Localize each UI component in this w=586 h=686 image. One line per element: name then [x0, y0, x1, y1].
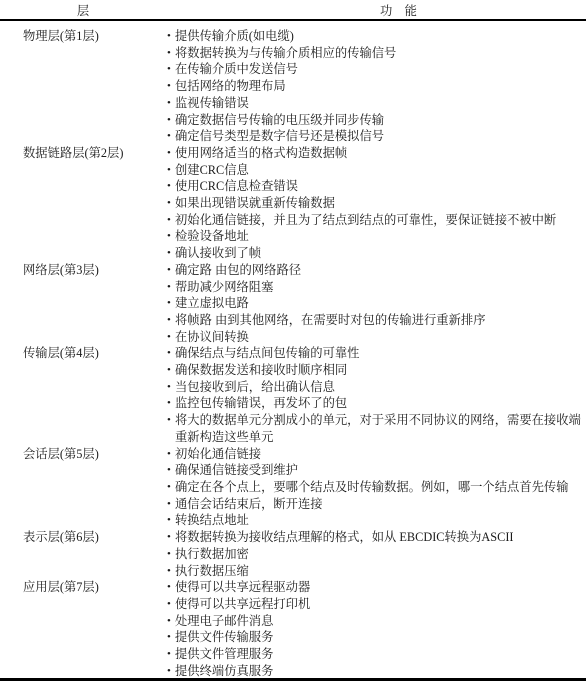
- function-text: 确定数据信号传输的电压级并同步传输: [175, 112, 586, 129]
- bullet-icon: •: [167, 462, 175, 479]
- function-text: 初始化通信链接，并且为了结点到结点的可靠性，要保证链接不被中断: [175, 212, 586, 229]
- layer-label: 网络层(第3层): [0, 262, 167, 279]
- function-text: 提供传输介质(如电缆): [175, 28, 586, 45]
- function-list: •确定路 由包的网络路径•帮助减少网络阻塞•建立虚拟电路•将帧路 由到其他网络，…: [167, 262, 586, 346]
- function-text: 使用网络适当的格式构造数据帧: [175, 145, 586, 162]
- function-item: •将大的数据单元分割成小的单元，对于采用不同协议的网络，需要在接收端重新构造这些…: [167, 412, 586, 445]
- bullet-icon: •: [167, 95, 175, 112]
- function-text: 提供文件传输服务: [175, 629, 586, 646]
- function-item: •提供文件传输服务: [167, 629, 586, 646]
- header-function-column: 功 能: [167, 1, 586, 19]
- function-item: •建立虚拟电路: [167, 295, 586, 312]
- function-list: •提供传输介质(如电缆)•将数据转换为与传输介质相应的传输信号•在传输介质中发送…: [167, 28, 586, 145]
- table-row: 网络层(第3层) •确定路 由包的网络路径•帮助减少网络阻塞•建立虚拟电路•将帧…: [0, 262, 586, 346]
- function-text: 通信会话结束后，断开连接: [175, 496, 586, 513]
- bullet-icon: •: [167, 279, 175, 296]
- function-text: 确定信号类型是数字信号还是模拟信号: [175, 128, 586, 145]
- bullet-icon: •: [167, 112, 175, 129]
- function-text: 确认接收到了帧: [175, 245, 586, 262]
- function-item: •将数据转换为接收结点理解的格式，如从 EBCDIC转换为ASCII: [167, 529, 586, 546]
- table-row: 数据链路层(第2层) •使用网络适当的格式构造数据帧•创建CRC信息•使用CRC…: [0, 145, 586, 262]
- bullet-icon: •: [167, 395, 175, 412]
- function-text: 监控包传输错误，再发坏了的包: [175, 395, 586, 412]
- layer-label: 数据链路层(第2层): [0, 145, 167, 162]
- bullet-icon: •: [167, 613, 175, 630]
- function-list: •将数据转换为接收结点理解的格式，如从 EBCDIC转换为ASCII•执行数据加…: [167, 529, 586, 579]
- function-text: 执行数据加密: [175, 546, 586, 563]
- function-item: •处理电子邮件消息: [167, 613, 586, 630]
- function-text: 建立虚拟电路: [175, 295, 586, 312]
- bullet-icon: •: [167, 563, 175, 580]
- function-text: 检验设备地址: [175, 228, 586, 245]
- bullet-icon: •: [167, 295, 175, 312]
- function-text: 创建CRC信息: [175, 162, 586, 179]
- function-item: •提供终端仿真服务: [167, 663, 586, 680]
- bullet-icon: •: [167, 579, 175, 596]
- function-item: •使用网络适当的格式构造数据帧: [167, 145, 586, 162]
- function-item: •确保数据发送和接收时顺序相同: [167, 362, 586, 379]
- function-item: •确保通信链接受到维护: [167, 462, 586, 479]
- table-header: 层 功 能: [0, 0, 586, 18]
- layer-label: 应用层(第7层): [0, 579, 167, 596]
- function-item: •确定路 由包的网络路径: [167, 262, 586, 279]
- layer-label: 会话层(第5层): [0, 446, 167, 463]
- bullet-icon: •: [167, 362, 175, 379]
- function-text: 包括网络的物理布局: [175, 78, 586, 95]
- bullet-icon: •: [167, 228, 175, 245]
- function-text: 确保结点与结点间包传输的可靠性: [175, 345, 586, 362]
- bullet-icon: •: [167, 262, 175, 279]
- bullet-icon: •: [167, 312, 175, 329]
- bullet-icon: •: [167, 479, 175, 496]
- function-item: •使用CRC信息检查错误: [167, 178, 586, 195]
- function-list: •使得可以共享远程驱动器•使得可以共享远程打印机•处理电子邮件消息•提供文件传输…: [167, 579, 586, 679]
- function-item: •执行数据压缩: [167, 563, 586, 580]
- function-list: •初始化通信链接•确保通信链接受到维护•确定在各个点上，要哪个结点及时传输数据。…: [167, 446, 586, 530]
- table-bottom-line: [0, 678, 586, 681]
- bullet-icon: •: [167, 663, 175, 680]
- bullet-icon: •: [167, 529, 175, 546]
- function-item: •转换结点地址: [167, 512, 586, 529]
- function-item: •确定数据信号传输的电压级并同步传输: [167, 112, 586, 129]
- function-text: 当包接收到后，给出确认信息: [175, 379, 586, 396]
- function-text: 在传输介质中发送信号: [175, 61, 586, 78]
- bullet-icon: •: [167, 446, 175, 463]
- function-item: •在协议间转换: [167, 329, 586, 346]
- bullet-icon: •: [167, 496, 175, 513]
- bullet-icon: •: [167, 178, 175, 195]
- function-item: •确定信号类型是数字信号还是模拟信号: [167, 128, 586, 145]
- function-text: 将帧路 由到其他网络，在需要时对包的传输进行重新排序: [175, 312, 586, 329]
- function-item: •将帧路 由到其他网络，在需要时对包的传输进行重新排序: [167, 312, 586, 329]
- function-item: •检验设备地址: [167, 228, 586, 245]
- function-text: 初始化通信链接: [175, 446, 586, 463]
- bullet-icon: •: [167, 78, 175, 95]
- function-text: 确保数据发送和接收时顺序相同: [175, 362, 586, 379]
- layer-label: 传输层(第4层): [0, 345, 167, 362]
- function-item: •在传输介质中发送信号: [167, 61, 586, 78]
- function-text: 将数据转换为接收结点理解的格式，如从 EBCDIC转换为ASCII: [175, 529, 586, 546]
- function-text: 帮助减少网络阻塞: [175, 279, 586, 296]
- bullet-icon: •: [167, 195, 175, 212]
- table-body: 物理层(第1层) •提供传输介质(如电缆)•将数据转换为与传输介质相应的传输信号…: [0, 21, 586, 679]
- table-row: 传输层(第4层) •确保结点与结点间包传输的可靠性•确保数据发送和接收时顺序相同…: [0, 345, 586, 445]
- bullet-icon: •: [167, 646, 175, 663]
- function-item: •通信会话结束后，断开连接: [167, 496, 586, 513]
- bullet-icon: •: [167, 245, 175, 262]
- function-item: •初始化通信链接，并且为了结点到结点的可靠性，要保证链接不被中断: [167, 212, 586, 229]
- function-text: 在协议间转换: [175, 329, 586, 346]
- function-item: •当包接收到后，给出确认信息: [167, 379, 586, 396]
- function-item: •创建CRC信息: [167, 162, 586, 179]
- bullet-icon: •: [167, 379, 175, 396]
- function-text: 使得可以共享远程驱动器: [175, 579, 586, 596]
- bullet-icon: •: [167, 28, 175, 45]
- function-item: •确定在各个点上，要哪个结点及时传输数据。例如，哪一个结点首先传输: [167, 479, 586, 496]
- bullet-icon: •: [167, 162, 175, 179]
- function-item: •使得可以共享远程打印机: [167, 596, 586, 613]
- function-text: 转换结点地址: [175, 512, 586, 529]
- function-item: •将数据转换为与传输介质相应的传输信号: [167, 45, 586, 62]
- table-row: 表示层(第6层) •将数据转换为接收结点理解的格式，如从 EBCDIC转换为AS…: [0, 529, 586, 579]
- function-item: •确认接收到了帧: [167, 245, 586, 262]
- function-text: 提供文件管理服务: [175, 646, 586, 663]
- function-item: •监控包传输错误，再发坏了的包: [167, 395, 586, 412]
- function-text: 使得可以共享远程打印机: [175, 596, 586, 613]
- function-text: 监视传输错误: [175, 95, 586, 112]
- function-text: 将数据转换为与传输介质相应的传输信号: [175, 45, 586, 62]
- bullet-icon: •: [167, 61, 175, 78]
- function-text: 处理电子邮件消息: [175, 613, 586, 630]
- table-row: 物理层(第1层) •提供传输介质(如电缆)•将数据转换为与传输介质相应的传输信号…: [0, 28, 586, 145]
- function-text: 确保通信链接受到维护: [175, 462, 586, 479]
- function-text: 确定在各个点上，要哪个结点及时传输数据。例如，哪一个结点首先传输: [175, 479, 586, 496]
- bullet-icon: •: [167, 45, 175, 62]
- function-text: 使用CRC信息检查错误: [175, 178, 586, 195]
- function-list: •使用网络适当的格式构造数据帧•创建CRC信息•使用CRC信息检查错误•如果出现…: [167, 145, 586, 262]
- bullet-icon: •: [167, 596, 175, 613]
- function-text: 提供终端仿真服务: [175, 663, 586, 680]
- bullet-icon: •: [167, 128, 175, 145]
- function-item: •确保结点与结点间包传输的可靠性: [167, 345, 586, 362]
- function-item: •初始化通信链接: [167, 446, 586, 463]
- bullet-icon: •: [167, 546, 175, 563]
- function-item: •包括网络的物理布局: [167, 78, 586, 95]
- table-row: 会话层(第5层) •初始化通信链接•确保通信链接受到维护•确定在各个点上，要哪个…: [0, 446, 586, 530]
- function-text: 将大的数据单元分割成小的单元，对于采用不同协议的网络，需要在接收端重新构造这些单…: [175, 412, 586, 445]
- function-text: 执行数据压缩: [175, 563, 586, 580]
- function-item: •使得可以共享远程驱动器: [167, 579, 586, 596]
- function-list: •确保结点与结点间包传输的可靠性•确保数据发送和接收时顺序相同•当包接收到后，给…: [167, 345, 586, 445]
- layer-label: 物理层(第1层): [0, 28, 167, 45]
- function-item: •提供传输介质(如电缆): [167, 28, 586, 45]
- bullet-icon: •: [167, 512, 175, 529]
- function-item: •帮助减少网络阻塞: [167, 279, 586, 296]
- function-item: •提供文件管理服务: [167, 646, 586, 663]
- table-row: 应用层(第7层) •使得可以共享远程驱动器•使得可以共享远程打印机•处理电子邮件…: [0, 579, 586, 679]
- bullet-icon: •: [167, 412, 175, 429]
- bullet-icon: •: [167, 212, 175, 229]
- bullet-icon: •: [167, 329, 175, 346]
- function-text: 如果出现错误就重新传输数据: [175, 195, 586, 212]
- function-text: 确定路 由包的网络路径: [175, 262, 586, 279]
- function-item: •如果出现错误就重新传输数据: [167, 195, 586, 212]
- header-layer-column: 层: [0, 1, 167, 19]
- bullet-icon: •: [167, 145, 175, 162]
- function-item: •执行数据加密: [167, 546, 586, 563]
- function-item: •监视传输错误: [167, 95, 586, 112]
- bullet-icon: •: [167, 345, 175, 362]
- layer-label: 表示层(第6层): [0, 529, 167, 546]
- osi-layers-table-page: 层 功 能 物理层(第1层) •提供传输介质(如电缆)•将数据转换为与传输介质相…: [0, 0, 586, 686]
- bullet-icon: •: [167, 629, 175, 646]
